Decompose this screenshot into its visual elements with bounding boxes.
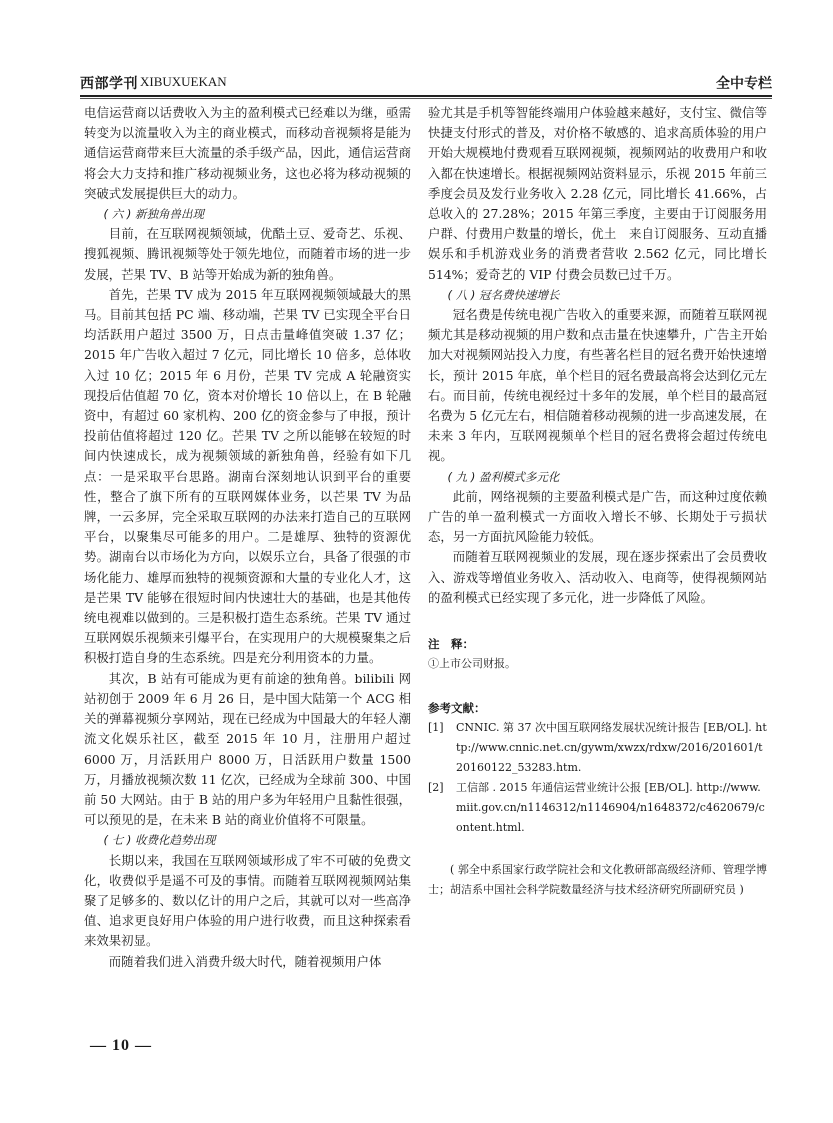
paragraph: 验尤其是手机等智能终端用户体验越来越好，支付宝、微信等快捷支付形式的普及，对价格… xyxy=(428,103,767,285)
paragraph: 长期以来，我国在互联网领域形成了牢不可破的免费文化，收费似乎是遥不可及的事情。而… xyxy=(84,851,411,952)
author-note: ( 郭全中系国家行政学院社会和文化教研部高级经济师、管理学博士；胡洁系中国社会科… xyxy=(428,860,767,900)
journal-name-en: XIBUXUEKAN xyxy=(140,74,227,90)
running-header: 西部学刊 XIBUXUEKAN 全中专栏 xyxy=(80,73,772,95)
note-item: ①上市公司财报。 xyxy=(428,654,767,674)
paragraph: 而随着互联网视频业的发展，现在逐步探索出了会员费收入、游戏等增值业务收入、活动收… xyxy=(428,547,767,608)
left-column: 电信运营商以话费收入为主的盈利模式已经难以为继，亟需转变为以流量收入为主的商业模… xyxy=(84,103,411,972)
references-label: 参考文献： xyxy=(428,698,767,718)
reference-text: CNNIC. 第 37 次中国互联网络发展状况统计报告 [EB/OL]. htt… xyxy=(456,721,767,774)
right-column: 验尤其是手机等智能终端用户体验越来越好，支付宝、微信等快捷支付形式的普及，对价格… xyxy=(428,103,767,900)
section-heading-6: ( 六 ) 新独角兽出现 xyxy=(84,204,411,224)
paragraph: 其次，B 站有可能成为更有前途的独角兽。bilibili 网站初创于 2009 … xyxy=(84,669,411,831)
paragraph: 冠名费是传统电视广告收入的重要来源，而随着互联网视频尤其是移动视频的用户数和点击… xyxy=(428,305,767,467)
journal-name: 西部学刊 xyxy=(80,73,138,93)
reference-item: [1]CNNIC. 第 37 次中国互联网络发展状况统计报告 [EB/OL]. … xyxy=(428,718,767,778)
section-heading-7: ( 七 ) 收费化趋势出现 xyxy=(84,830,411,850)
notes-label: 注 释： xyxy=(428,634,767,654)
notes-section: 注 释： ①上市公司财报。 xyxy=(428,634,767,674)
reference-text: 工信部 . 2015 年通信运营业统计公报 [EB/OL]. http://ww… xyxy=(456,781,765,834)
reference-item: [2]工信部 . 2015 年通信运营业统计公报 [EB/OL]. http:/… xyxy=(428,778,767,838)
section-heading-9: ( 九 ) 盈利模式多元化 xyxy=(428,467,767,487)
header-rule-thin xyxy=(80,98,772,99)
section-heading-8: ( 八 ) 冠名费快速增长 xyxy=(428,285,767,305)
paragraph: 电信运营商以话费收入为主的盈利模式已经难以为继，亟需转变为以流量收入为主的商业模… xyxy=(84,103,411,204)
paragraph: 目前，在互联网视频领域，优酷土豆、爱奇艺、乐视、搜狐视频、腾讯视频等处于领先地位… xyxy=(84,224,411,285)
paragraph: 首先，芒果 TV 成为 2015 年互联网视频领域最大的黑马。目前其包括 PC … xyxy=(84,285,411,669)
paragraph: 而随着我们进入消费升级大时代，随着视频用户体 xyxy=(84,952,411,972)
reference-number: [2] xyxy=(428,778,456,798)
references-section: 参考文献： [1]CNNIC. 第 37 次中国互联网络发展状况统计报告 [EB… xyxy=(428,698,767,838)
section-title: 全中专栏 xyxy=(716,73,772,93)
reference-number: [1] xyxy=(428,718,456,738)
page-number: — 10 — xyxy=(90,1037,152,1055)
paragraph: 此前，网络视频的主要盈利模式是广告，而这种过度依赖广告的单一盈利模式一方面收入增… xyxy=(428,487,767,548)
header-rule xyxy=(80,95,772,97)
